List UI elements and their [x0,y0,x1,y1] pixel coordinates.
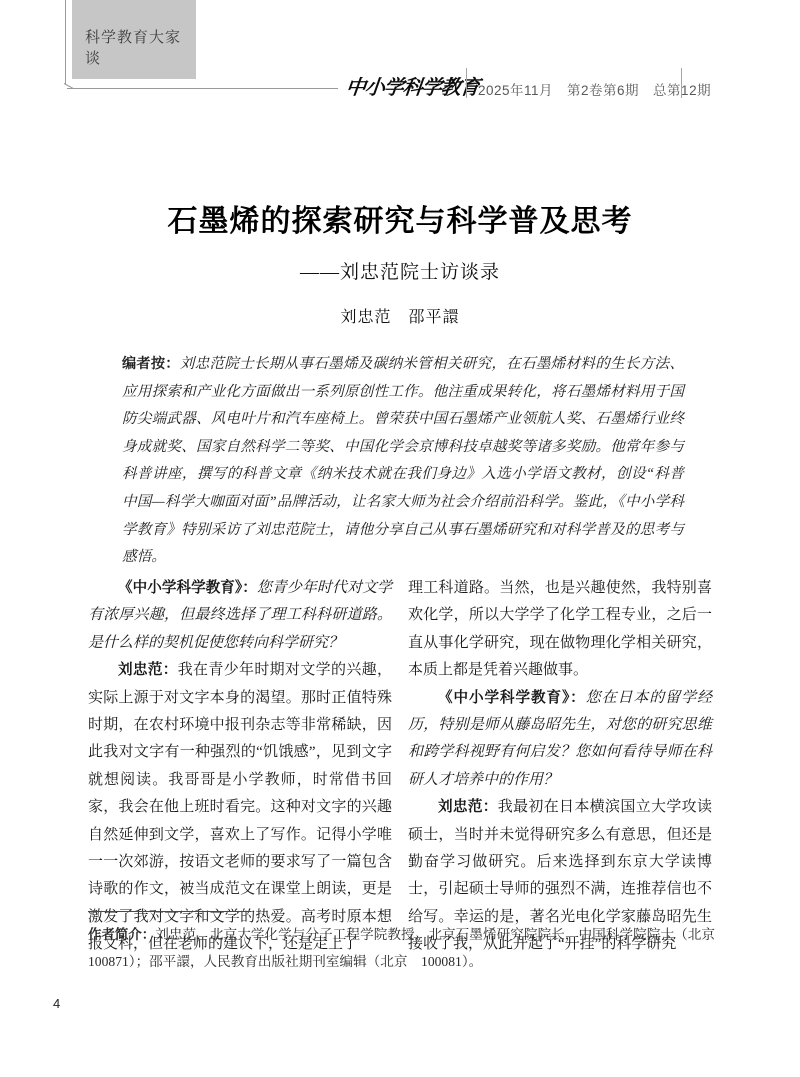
journal-page: 科学教育大家谈 中小学科学教育 2025年11月 第2卷第6期 总第12期 石墨… [0,0,800,1077]
section-tag-box: 科学教育大家谈 [72,0,196,79]
section-tag-label: 科学教育大家谈 [85,26,196,68]
page-number: 4 [53,996,60,1011]
article-authors: 刘忠范 邵平譞 [0,304,800,327]
author-bio-text: 刘忠范，北京大学化学与分子工程学院教授，北京石墨烯研究院院长，中国科学院院士（北… [88,927,729,969]
header-rule [67,88,338,89]
issue-info: 2025年11月 第2卷第6期 总第12期 [478,79,711,99]
title-block: 石墨烯的探索研究与科学普及思考 ——刘忠范院士访谈录 刘忠范 邵平譞 [0,196,800,327]
right-column: 理工科道路。当然，也是兴趣使然，我特别喜欢化学，所以大学学了化学工程专业，之后一… [408,575,712,959]
journal-logo: 中小学科学教育 [344,71,463,100]
article-subtitle: ——刘忠范院士访谈录 [0,257,800,284]
left-column: 《中小学科学教育》：您青少年时代对文学有浓厚兴趣，但最终选择了理工科科研道路。是… [88,575,392,959]
editor-note-label: 编者按： [122,356,180,372]
corner-rule-vertical [65,0,66,84]
editor-note: 编者按：刘忠范院士长期从事石墨烯及碳纳米管相关研究，在石墨烯材料的生长方法、应用… [122,351,684,572]
footnote-rule [88,911,251,912]
answer-lead: 刘忠范： [118,662,178,678]
question-lead: 《中小学科学教育》： [118,580,257,596]
answer-continuation-paragraph: 理工科道路。当然，也是兴趣使然，我特别喜欢化学，所以大学学了化学工程专业，之后一… [408,575,712,685]
article-title: 石墨烯的探索研究与科学普及思考 [0,196,800,240]
question-lead: 《中小学科学教育》： [438,690,586,706]
article-body: 《中小学科学教育》：您青少年时代对文学有浓厚兴趣，但最终选择了理工科科研道路。是… [88,575,712,959]
answer-text: 我在青少年时期对文学的兴趣，实际上源于对文字本身的渴望。那时正值特殊时期，在农村… [88,662,392,952]
answer-paragraph: 刘忠范：我在青少年时期对文学的兴趣，实际上源于对文字本身的渴望。那时正值特殊时期… [88,657,392,958]
editor-note-text: 刘忠范院士长期从事石墨烯及碳纳米管相关研究，在石墨烯材料的生长方法、应用探索和产… [122,356,684,565]
author-bio: 作者简介：刘忠范，北京大学化学与分子工程学院教授，北京石墨烯研究院院长，中国科学… [88,921,715,975]
header-divider-right [681,68,682,98]
author-bio-label: 作者简介： [88,927,155,942]
question-paragraph: 《中小学科学教育》：您在日本的留学经历，特别是师从藤岛昭先生，对您的研究思维和跨… [408,685,712,795]
answer-lead: 刘忠范： [438,799,498,815]
header-divider-left [466,68,467,98]
question-paragraph: 《中小学科学教育》：您青少年时代对文学有浓厚兴趣，但最终选择了理工科科研道路。是… [88,575,392,657]
